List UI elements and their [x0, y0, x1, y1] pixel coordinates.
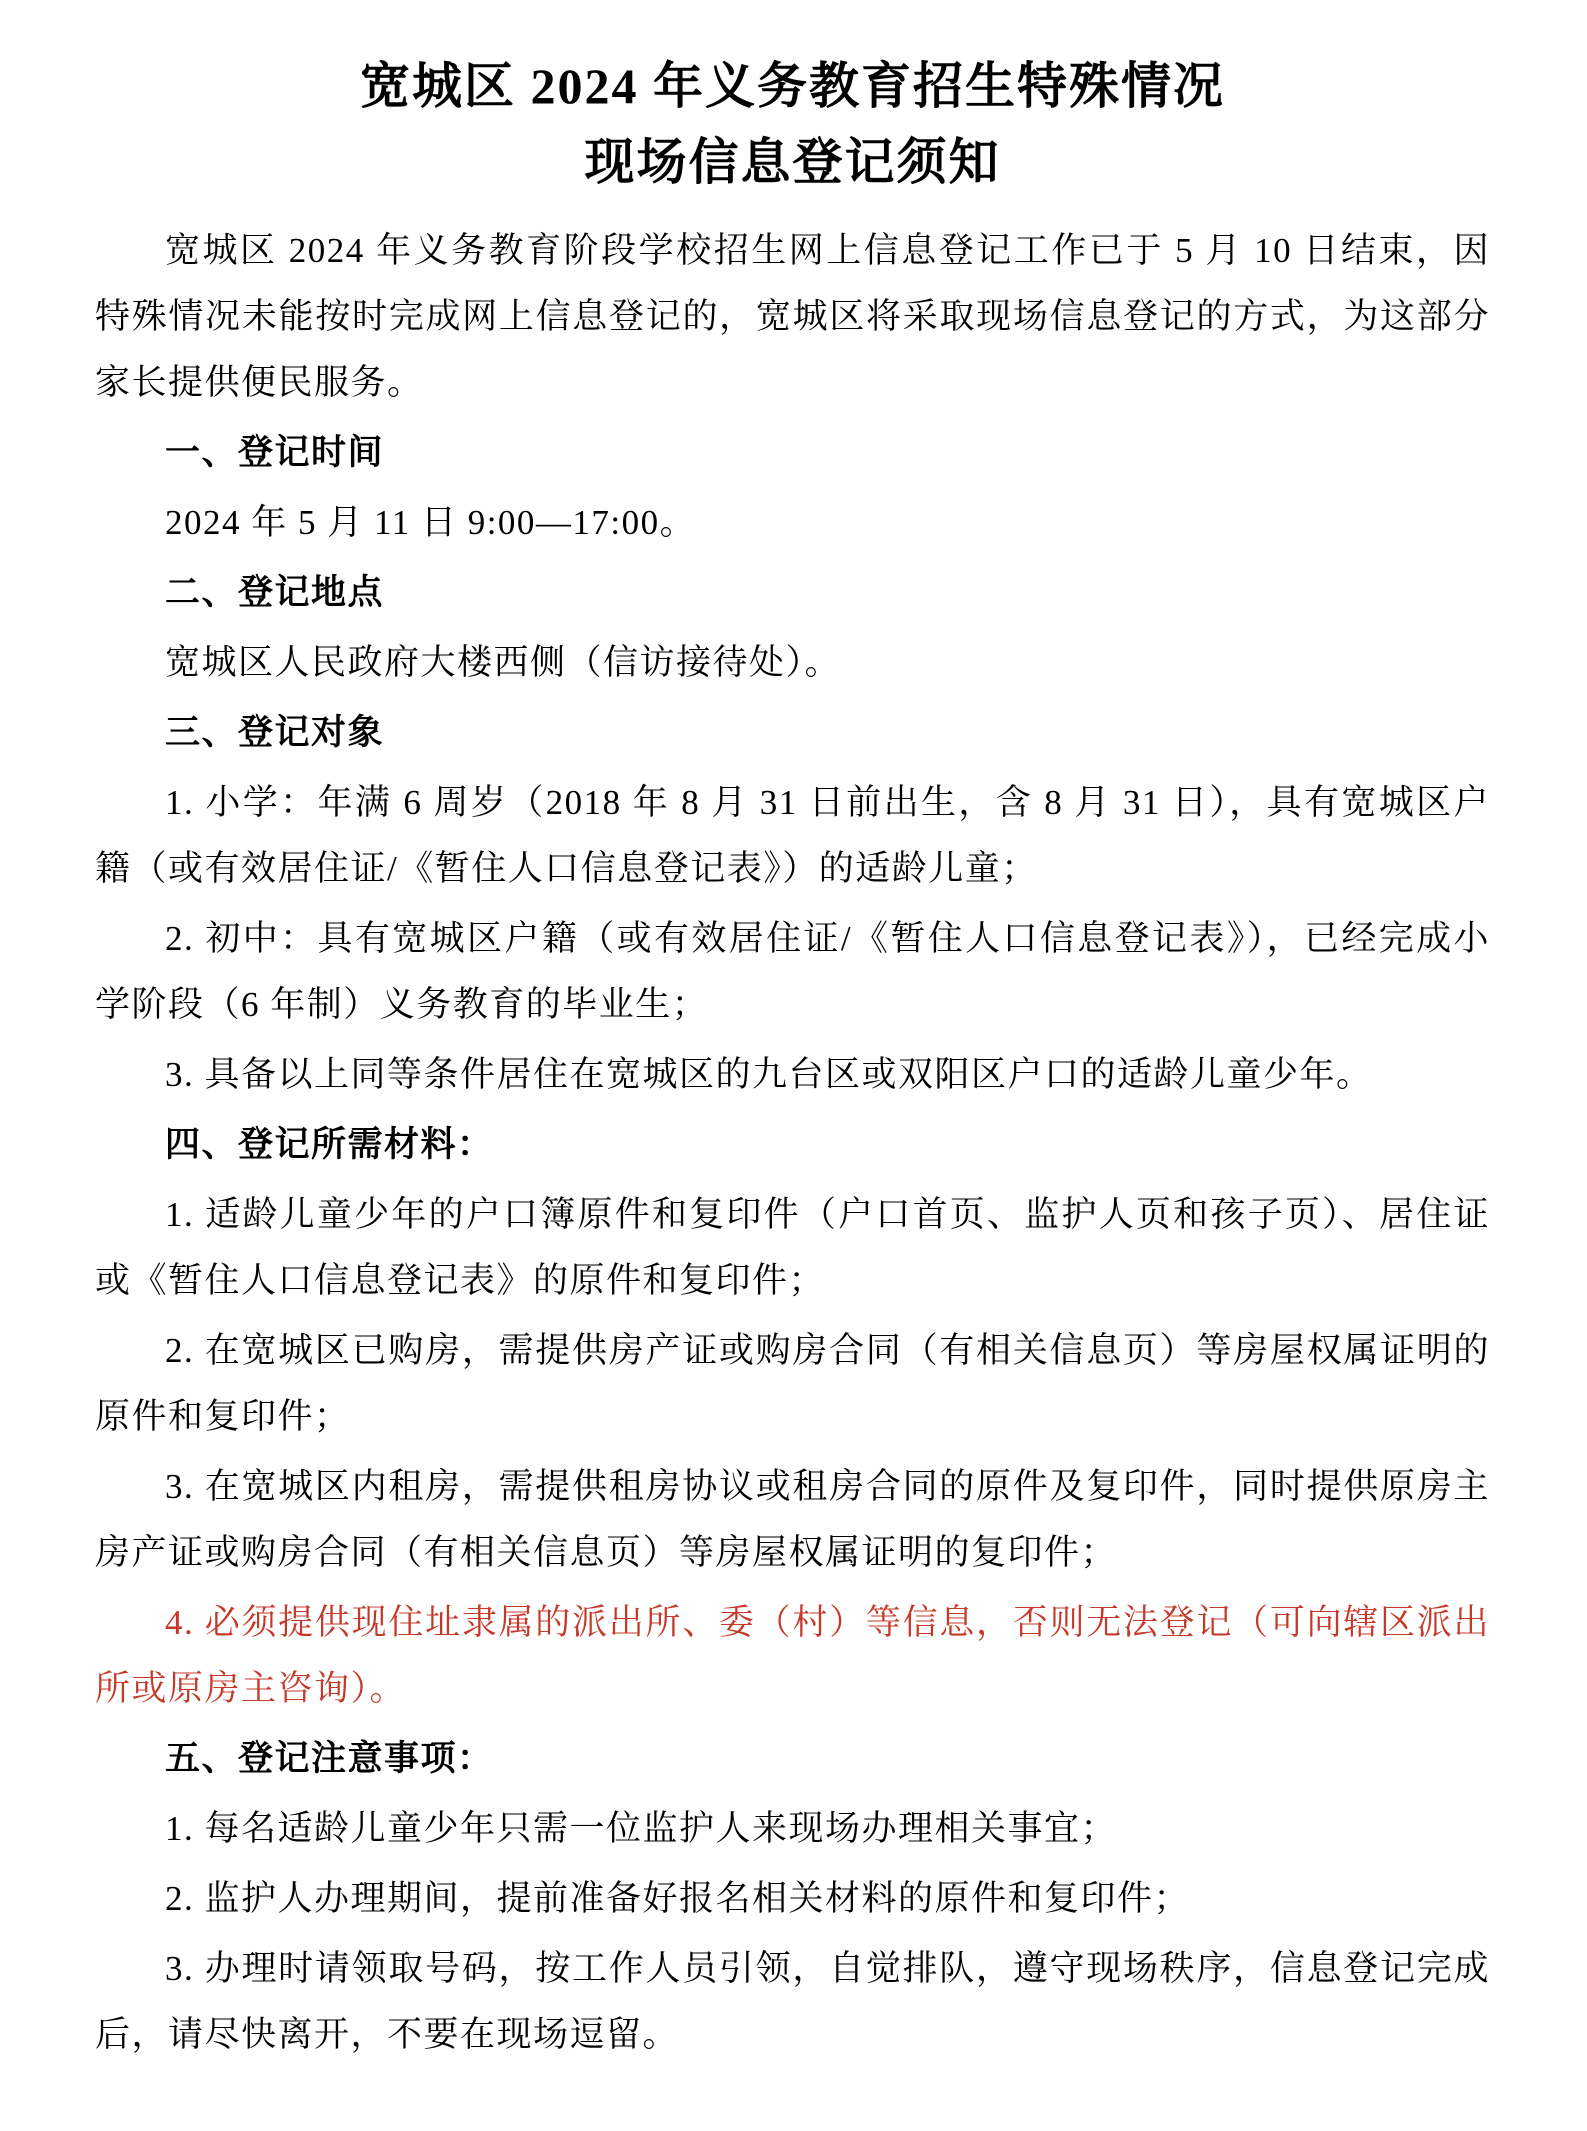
section-3-paragraph-1: 1. 小学：年满 6 周岁（2018 年 8 月 31 日前出生，含 8 月 3… [95, 770, 1490, 902]
section-4-heading: 四、登记所需材料： [95, 1112, 1490, 1178]
section-5-heading: 五、登记注意事项： [95, 1726, 1490, 1792]
section-4-paragraph-2: 2. 在宽城区已购房，需提供房产证或购房合同（有相关信息页）等房屋权属证明的原件… [95, 1318, 1490, 1450]
section-5-paragraph-2: 2. 监护人办理期间，提前准备好报名相关材料的原件和复印件； [95, 1866, 1490, 1932]
section-2-heading: 二、登记地点 [95, 560, 1490, 626]
intro-paragraph: 宽城区 2024 年义务教育阶段学校招生网上信息登记工作已于 5 月 10 日结… [95, 218, 1490, 416]
section-3-heading: 三、登记对象 [95, 700, 1490, 766]
document-page: 宽城区 2024 年义务教育招生特殊情况 现场信息登记须知 宽城区 2024 年… [0, 0, 1587, 2131]
section-5-paragraph-1: 1. 每名适龄儿童少年只需一位监护人来现场办理相关事宜； [95, 1796, 1490, 1862]
section-1-heading: 一、登记时间 [95, 420, 1490, 486]
section-4-paragraph-4-warning: 4. 必须提供现住址隶属的派出所、委（村）等信息，否则无法登记（可向辖区派出所或… [95, 1590, 1490, 1722]
section-5-paragraph-3: 3. 办理时请领取号码，按工作人员引领，自觉排队，遵守现场秩序，信息登记完成后，… [95, 1936, 1490, 2068]
section-3-paragraph-3: 3. 具备以上同等条件居住在宽城区的九台区或双阳区户口的适龄儿童少年。 [95, 1042, 1490, 1108]
document-title: 宽城区 2024 年义务教育招生特殊情况 现场信息登记须知 [95, 48, 1490, 200]
section-4-paragraph-3: 3. 在宽城区内租房，需提供租房协议或租房合同的原件及复印件，同时提供原房主房产… [95, 1454, 1490, 1586]
title-line-2: 现场信息登记须知 [95, 124, 1490, 200]
section-1-paragraph-1: 2024 年 5 月 11 日 9:00—17:00。 [95, 490, 1490, 556]
section-4-paragraph-1: 1. 适龄儿童少年的户口簿原件和复印件（户口首页、监护人页和孩子页）、居住证或《… [95, 1182, 1490, 1314]
title-line-1: 宽城区 2024 年义务教育招生特殊情况 [95, 48, 1490, 124]
section-3-paragraph-2: 2. 初中：具有宽城区户籍（或有效居住证/《暂住人口信息登记表》），已经完成小学… [95, 906, 1490, 1038]
section-2-paragraph-1: 宽城区人民政府大楼西侧（信访接待处）。 [95, 630, 1490, 696]
